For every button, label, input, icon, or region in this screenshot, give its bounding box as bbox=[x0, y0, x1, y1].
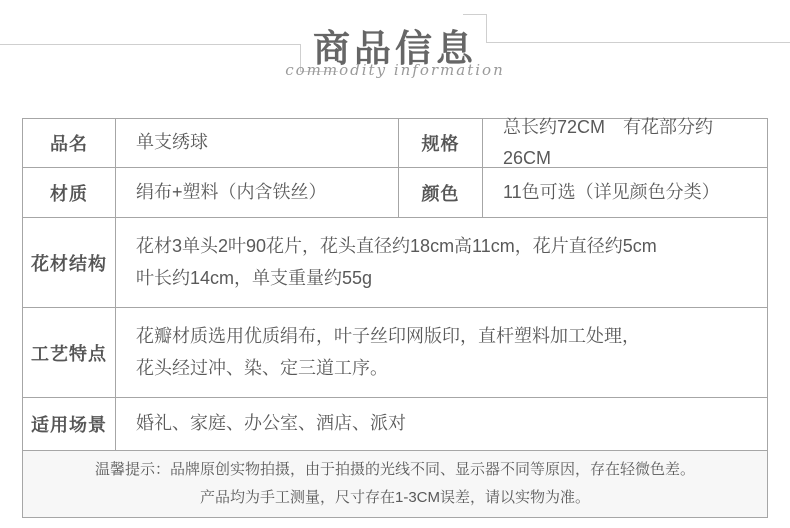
warm-notice-line2: 产品均为手工测量，尺寸存在1-3CM误差，请以实物为准。 bbox=[200, 484, 590, 512]
spec-label: 规格 bbox=[399, 119, 483, 168]
color-value: 11色可选（详见颜色分类） bbox=[483, 168, 767, 218]
warm-notice-line1: 温馨提示：品牌原创实物拍摄，由于拍摄的光线不同、显示器不同等原因，存在轻微色差。 bbox=[95, 456, 695, 484]
structure-value: 花材3单头2叶90花片，花头直径约18cm高11cm，花片直径约5cm 叶长约1… bbox=[116, 218, 767, 308]
structure-label: 花材结构 bbox=[23, 218, 116, 308]
craft-value: 花瓣材质选用优质绢布，叶子丝印网版印，直杆塑料加工处理， 花头经过冲、染、定三道… bbox=[116, 308, 767, 398]
color-label: 颜色 bbox=[399, 168, 483, 218]
product-name-value: 单支绣球 bbox=[116, 119, 399, 168]
scene-value: 婚礼、家庭、办公室、酒店、派对 bbox=[116, 398, 767, 451]
product-info-table: 品名 单支绣球 规格 总长约72CM 有花部分约26CM 材质 绢布+塑料（内含… bbox=[22, 118, 768, 518]
decor-line-right-short bbox=[463, 14, 487, 15]
product-info-page: 商品信息 commodity information 品名 单支绣球 规格 总长… bbox=[0, 0, 790, 528]
craft-label: 工艺特点 bbox=[23, 308, 116, 398]
material-value: 绢布+塑料（内含铁丝） bbox=[116, 168, 399, 218]
product-name-label: 品名 bbox=[23, 119, 116, 168]
structure-value-line2: 叶长约14cm，单支重量约55g bbox=[136, 263, 757, 295]
page-subtitle: commodity information bbox=[0, 61, 790, 79]
craft-value-line1: 花瓣材质选用优质绢布，叶子丝印网版印，直杆塑料加工处理， bbox=[136, 321, 757, 353]
scene-label: 适用场景 bbox=[23, 398, 116, 451]
warm-notice: 温馨提示：品牌原创实物拍摄，由于拍摄的光线不同、显示器不同等原因，存在轻微色差。… bbox=[23, 451, 767, 517]
structure-value-line1: 花材3单头2叶90花片，花头直径约18cm高11cm，花片直径约5cm bbox=[136, 231, 757, 263]
craft-value-line2: 花头经过冲、染、定三道工序。 bbox=[136, 353, 757, 385]
material-label: 材质 bbox=[23, 168, 116, 218]
spec-value: 总长约72CM 有花部分约26CM bbox=[483, 119, 767, 168]
